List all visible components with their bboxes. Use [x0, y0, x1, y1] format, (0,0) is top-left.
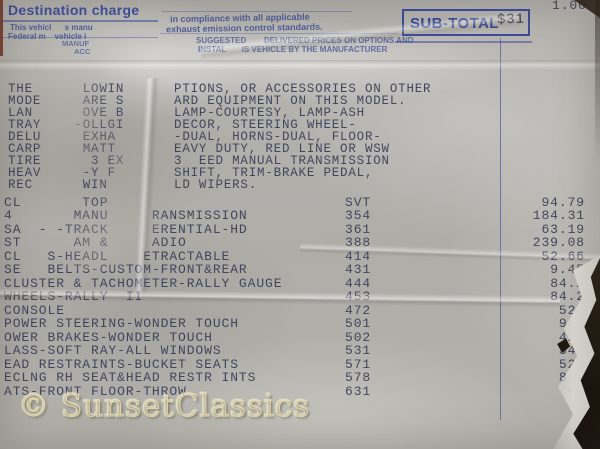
subtotal-label: SUB-TOTAL — [410, 15, 499, 32]
option-row: SE BELTS-CUSTOM-FRONT&REAR4319.45 — [0, 263, 600, 277]
crease-line — [0, 60, 600, 70]
option-code: 631 — [345, 385, 371, 398]
option-price: 84. — [495, 371, 585, 384]
option-code: 431 — [345, 263, 371, 276]
top-right-amount: 1.00 — [552, 0, 587, 12]
option-code: 388 — [345, 236, 371, 249]
form-rule-line — [395, 41, 532, 43]
form-rule-line — [0, 20, 158, 22]
option-price: 239.08 — [495, 236, 585, 249]
option-price: 84.2 — [495, 290, 585, 303]
option-code: 501 — [345, 317, 371, 330]
suggested-prices-line1: SUGGESTED DELIVERED PRICES ON OPTIONS AN… — [196, 36, 414, 45]
option-price: 184.31 — [495, 209, 585, 222]
note-line: REC WIN LD WIPERS. — [8, 179, 257, 192]
suggested-prices-line2: INSTAL IS VEHICLE BY THE MANUFACTURER — [198, 45, 387, 54]
option-desc: WHEELS-RALLY II — [4, 290, 143, 303]
option-row: WHEELS-RALLY II45384.2 — [0, 290, 600, 304]
option-desc: SE BELTS-CUSTOM-FRONT&REAR — [4, 263, 248, 276]
option-code: 578 — [345, 371, 371, 384]
option-code: 453 — [345, 290, 371, 303]
vehicle-note-line1: This vehicl s manu — [10, 23, 93, 32]
right-edge-shadow — [595, 0, 600, 160]
option-price: 34. — [495, 344, 585, 357]
option-row: 4 MANU RANSMISSION354184.31 — [0, 209, 600, 223]
option-desc: ECLNG RH SEAT&HEAD RESTR INTS — [4, 371, 256, 384]
window-sticker-photo: Destination charge This vehicl s manu Fe… — [0, 0, 600, 449]
option-desc: 4 MANU RANSMISSION — [4, 209, 248, 222]
option-code: 354 — [345, 209, 371, 222]
option-row: POWER STEERING-WONDER TOUCH50194. — [0, 317, 600, 331]
subtotal-value: $31 — [497, 14, 525, 28]
option-desc: LASS-SOFT RAY-ALL WINDOWS — [4, 344, 222, 357]
option-desc: ST AM & ADIO — [4, 236, 187, 249]
option-price: 9.45 — [495, 263, 585, 276]
option-row: ECLNG RH SEAT&HEAD RESTR INTS57884. — [0, 371, 600, 385]
option-row: LASS-SOFT RAY-ALL WINDOWS53134. — [0, 344, 600, 358]
left-edge-strip — [0, 0, 3, 56]
option-price: 94. — [495, 317, 585, 330]
option-row: ST AM & ADIO388239.08 — [0, 236, 600, 250]
destination-charge-label: Destination charge — [8, 2, 139, 18]
manuf-abbrev-line2: ACC — [74, 47, 90, 56]
compliance-line2: exhaust emission control standards. — [166, 22, 323, 35]
option-desc: POWER STEERING-WONDER TOUCH — [4, 317, 239, 330]
option-code: 531 — [345, 344, 371, 357]
watermark-text: © SunsetClassics — [18, 388, 310, 424]
option-price: 6. — [495, 385, 585, 398]
